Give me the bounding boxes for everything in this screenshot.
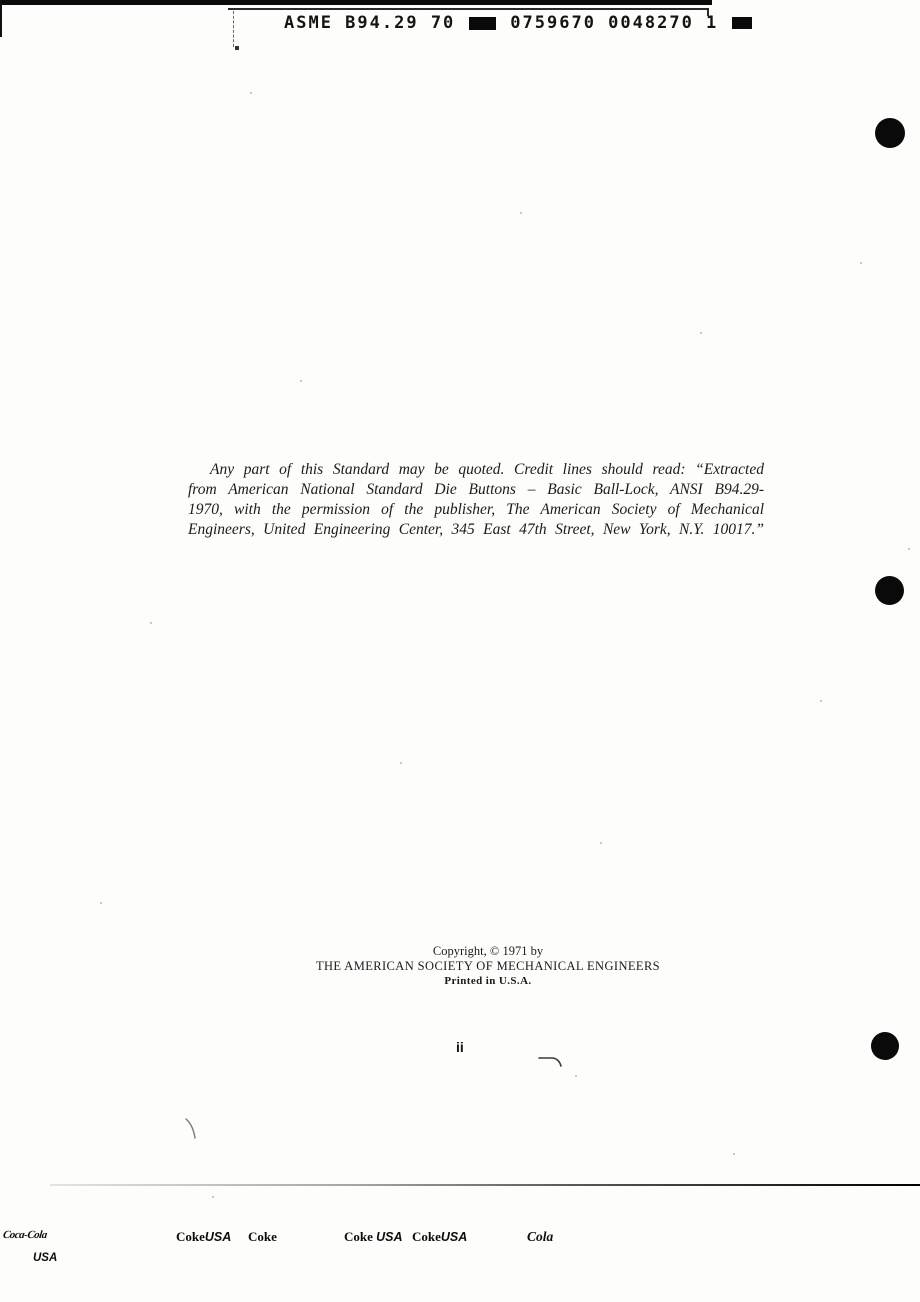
scan-speck <box>600 842 602 844</box>
page-number: ii <box>456 1039 464 1055</box>
usa-watermark: USA <box>33 1252 57 1264</box>
scan-speck <box>100 902 102 904</box>
coke-watermark-text: Coke <box>248 1229 277 1244</box>
scan-speck <box>575 1075 577 1077</box>
scan-speck <box>520 212 522 214</box>
redaction-block-icon <box>732 17 752 29</box>
printed-in-line: Printed in U.S.A. <box>288 974 688 988</box>
coca-cola-script-logo: Coca-Cola <box>2 1229 47 1241</box>
scan-speck <box>700 332 702 334</box>
usa-watermark-text: USA <box>441 1230 467 1244</box>
notice-line: from American National Standard Die Butt… <box>188 480 764 500</box>
scan-speck <box>212 1196 214 1198</box>
copyright-holder: THE AMERICAN SOCIETY OF MECHANICAL ENGIN… <box>288 959 688 974</box>
header-box-left-dashed-line <box>233 11 234 47</box>
scan-speck <box>908 548 910 550</box>
coke-watermark: Coke <box>248 1229 277 1245</box>
coke-watermark-text: Coke <box>412 1229 441 1244</box>
copyright-line: Copyright, © 1971 by <box>288 944 688 959</box>
notice-line: Engineers, United Engineering Center, 34… <box>188 520 764 540</box>
scan-speck <box>733 1153 735 1155</box>
pen-stroke-mark <box>183 1117 207 1146</box>
notice-line: 1970, with the permission of the publish… <box>188 500 764 520</box>
header-box-top-line <box>228 8 709 10</box>
scan-edge-bar <box>0 0 712 5</box>
scan-speck <box>250 92 252 94</box>
scan-speck <box>150 622 152 624</box>
scan-left-edge-line <box>0 0 2 37</box>
document-code-header: ASME B94.29 70 0759670 0048270 1 <box>284 13 752 33</box>
scan-speck <box>860 262 862 264</box>
scan-speck <box>400 762 402 764</box>
usa-watermark-text: USA <box>205 1230 231 1244</box>
punch-dot-icon <box>875 576 904 605</box>
punch-dot-icon <box>871 1032 899 1060</box>
quotation-notice: Any part of this Standard may be quoted.… <box>188 460 764 540</box>
coke-usa-watermark: CokeUSA <box>412 1229 467 1245</box>
usa-watermark-text: USA <box>376 1230 402 1244</box>
notice-line: Any part of this Standard may be quoted.… <box>188 460 764 480</box>
scan-dot-icon <box>235 46 239 50</box>
standard-code: ASME B94.29 70 <box>284 13 455 33</box>
coke-watermark-text: Coke <box>176 1229 205 1244</box>
document-number: 0759670 0048270 1 <box>510 13 718 33</box>
copyright-block: Copyright, © 1971 by THE AMERICAN SOCIET… <box>288 944 688 988</box>
pen-squiggle-mark <box>538 1054 568 1075</box>
coke-usa-watermark: Coke USA <box>344 1229 403 1245</box>
scanned-document-page: ASME B94.29 70 0759670 0048270 1 Any par… <box>0 0 920 1302</box>
coke-watermark-text: Coke <box>344 1229 376 1244</box>
scan-speck <box>300 380 302 382</box>
scan-speck <box>820 700 822 702</box>
cola-watermark-text: Cola <box>527 1229 553 1244</box>
punch-dot-icon <box>875 118 905 148</box>
redaction-block-icon <box>469 17 496 30</box>
scan-artifact-line <box>50 1184 920 1186</box>
cola-watermark: Cola <box>527 1229 553 1245</box>
coke-usa-watermark: CokeUSA <box>176 1229 231 1245</box>
